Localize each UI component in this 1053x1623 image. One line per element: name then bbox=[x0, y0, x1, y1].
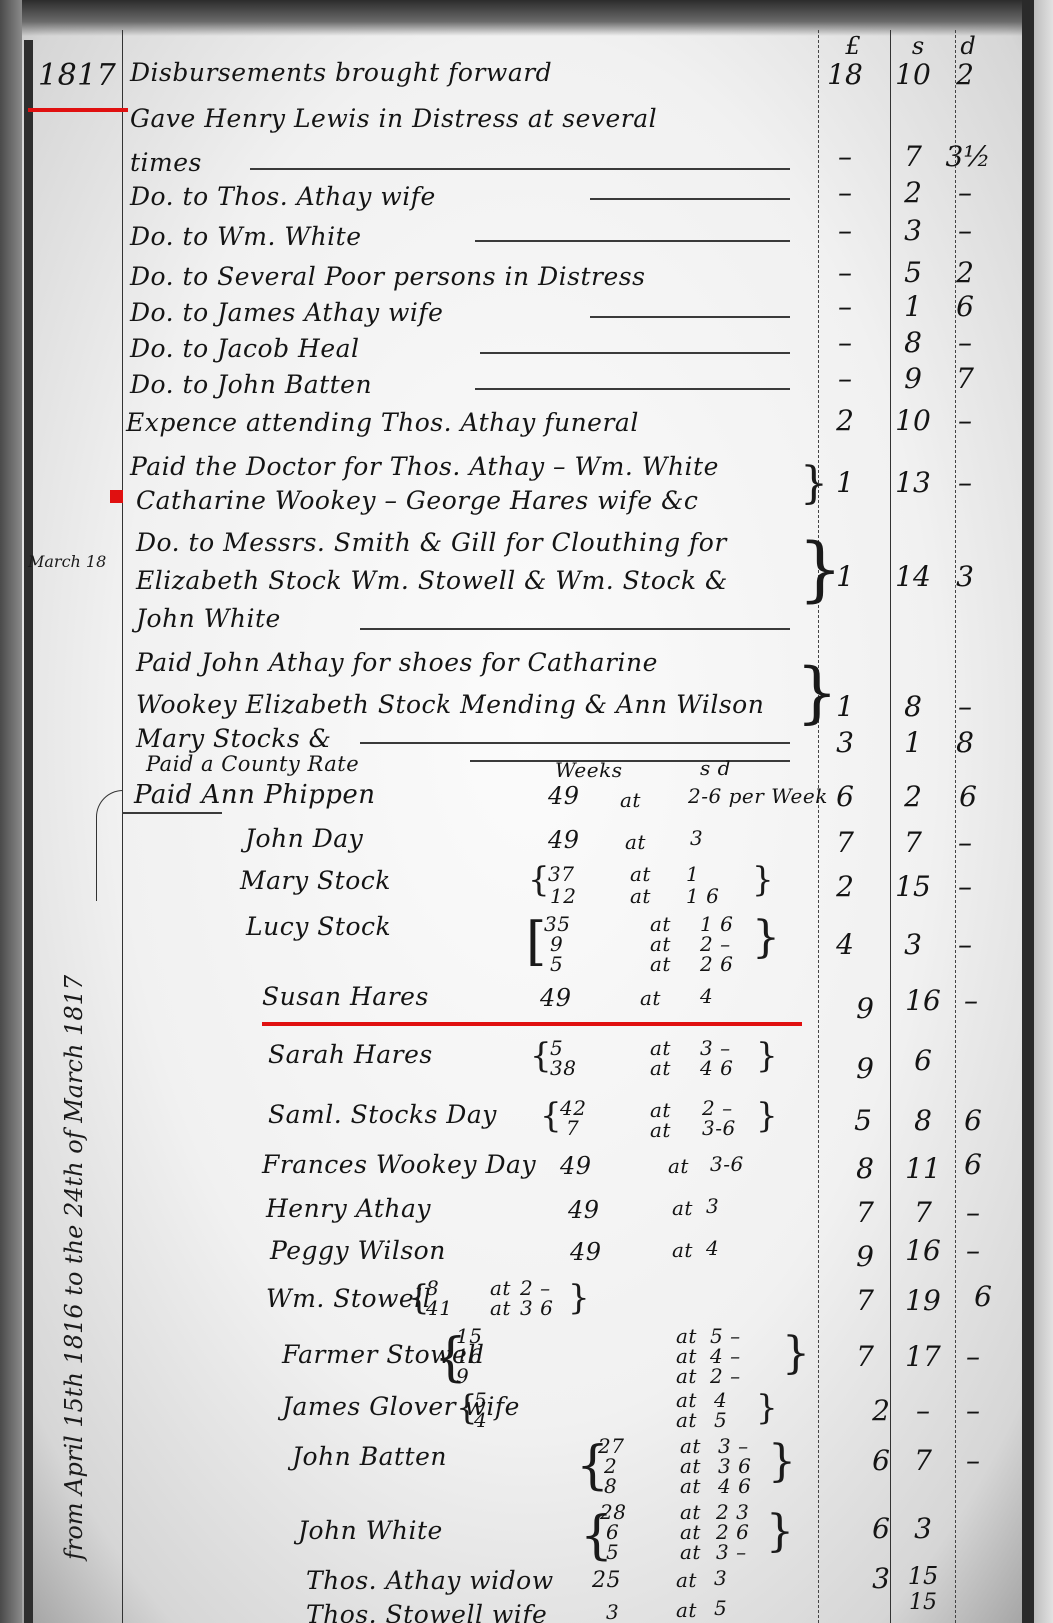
relief-shillings: 3 bbox=[890, 928, 936, 961]
entry-pounds: – bbox=[822, 214, 868, 247]
margin-date-note: March 18 bbox=[28, 552, 106, 571]
fill-dash bbox=[360, 628, 790, 630]
entry-pounds: – bbox=[822, 362, 868, 395]
pounds-column-rule bbox=[818, 30, 820, 1623]
entry-text: Mary Stocks & bbox=[136, 724, 331, 753]
relief-rate: 4 6 bbox=[700, 1056, 733, 1080]
entry-shillings: 5 bbox=[890, 256, 936, 289]
at-label: at bbox=[650, 952, 671, 976]
relief-pounds: 8 bbox=[842, 1152, 888, 1185]
relief-pounds: 2 bbox=[822, 870, 868, 903]
at-label: at bbox=[676, 1568, 697, 1592]
relief-rate: 3 bbox=[714, 1566, 727, 1590]
relief-weeks: 49 bbox=[540, 984, 572, 1012]
relief-pounds: 5 bbox=[840, 1104, 886, 1137]
relief-name: Henry Athay bbox=[266, 1194, 431, 1223]
fill-dash bbox=[360, 742, 790, 744]
entry-shillings: 1 bbox=[890, 290, 936, 323]
relief-name: Peggy Wilson bbox=[270, 1236, 446, 1265]
relief-weeks: 5 bbox=[606, 1540, 619, 1564]
relief-weeks: 12 bbox=[550, 884, 576, 908]
fill-dash bbox=[250, 168, 790, 170]
ledger-page: £ s d 1817 March 18 from April 15th 1816… bbox=[0, 0, 1053, 1623]
at-label: at bbox=[650, 1118, 671, 1142]
year-heading: 1817 bbox=[38, 58, 116, 93]
relief-pounds: 2 bbox=[858, 1394, 904, 1427]
brace: { bbox=[530, 1036, 552, 1076]
entry-pounds: – bbox=[822, 326, 868, 359]
entry-pence: – bbox=[942, 690, 988, 723]
entry-text: Paid the Doctor for Thos. Athay – Wm. Wh… bbox=[130, 452, 719, 481]
relief-weeks: 4 bbox=[474, 1408, 487, 1432]
fill-dash bbox=[470, 760, 790, 762]
relief-rate: 4 bbox=[700, 984, 713, 1008]
at-label: at bbox=[630, 884, 651, 908]
fill-dash bbox=[590, 316, 790, 318]
entry-text: John White bbox=[136, 604, 281, 633]
entry-pounds: – bbox=[822, 176, 868, 209]
relief-weeks: 49 bbox=[548, 782, 580, 810]
relief-pence: – bbox=[942, 928, 988, 961]
at-label: at bbox=[490, 1296, 511, 1320]
relief-pence: – bbox=[950, 1196, 996, 1229]
relief-rate: 1 bbox=[686, 862, 699, 886]
entry-text: Disbursements brought forward bbox=[130, 58, 552, 87]
entry-shillings: 2 bbox=[890, 176, 936, 209]
margin-period-note: from April 15th 1816 to the 24th of Marc… bbox=[60, 975, 88, 1560]
entry-text: times bbox=[130, 148, 202, 177]
brace: } bbox=[568, 1278, 590, 1318]
relief-name: Frances Wookey Day bbox=[262, 1150, 536, 1179]
entry-text: Gave Henry Lewis in Distress at several bbox=[130, 104, 657, 133]
weeks-header: Weeks bbox=[555, 758, 622, 782]
entry-text: Do. to Wm. White bbox=[130, 222, 362, 251]
relief-shillings: 19 bbox=[900, 1284, 946, 1317]
relief-rate: 3 bbox=[706, 1194, 719, 1218]
entry-text: Elizabeth Stock Wm. Stowell & Wm. Stock … bbox=[136, 566, 728, 595]
relief-pounds: 7 bbox=[822, 826, 868, 859]
relief-pounds: 4 bbox=[822, 928, 868, 961]
entry-pounds: – bbox=[822, 256, 868, 289]
entry-text: Do. to John Batten bbox=[130, 370, 372, 399]
page-left-border bbox=[24, 40, 33, 1623]
relief-pence: – bbox=[942, 826, 988, 859]
entry-shillings: 9 bbox=[890, 362, 936, 395]
entry-pence: – bbox=[942, 326, 988, 359]
relief-name: Thos. Athay widow bbox=[306, 1566, 554, 1595]
relief-weeks: 37 bbox=[548, 862, 574, 886]
relief-rate: 5 bbox=[714, 1408, 727, 1432]
entry-text: Do. to James Athay wife bbox=[130, 298, 443, 327]
entry-shillings: 7 bbox=[890, 140, 936, 173]
brace: } bbox=[766, 1506, 794, 1557]
entry-text: Do. to Jacob Heal bbox=[130, 334, 360, 363]
relief-shillings: 2 bbox=[890, 780, 936, 813]
relief-pence: 6 bbox=[945, 780, 991, 813]
entry-text: Expence attending Thos. Athay funeral bbox=[126, 408, 639, 437]
red-underline-year bbox=[28, 108, 128, 112]
relief-shillings: 3 bbox=[900, 1512, 946, 1545]
at-label: at bbox=[672, 1238, 693, 1262]
entry-pounds: 18 bbox=[822, 58, 868, 91]
relief-pounds: 7 bbox=[842, 1196, 888, 1229]
relief-pounds: 7 bbox=[842, 1284, 888, 1317]
fill-dash bbox=[590, 198, 790, 200]
relief-pence: 6 bbox=[960, 1280, 1006, 1313]
scan-left-edge bbox=[0, 0, 22, 1623]
relief-weeks: 5 bbox=[550, 952, 563, 976]
relief-weeks: 25 bbox=[592, 1568, 621, 1593]
entry-shillings: 8 bbox=[890, 326, 936, 359]
entry-pence: – bbox=[942, 214, 988, 247]
relief-pence: 6 bbox=[950, 1104, 996, 1137]
scan-top-shadow bbox=[0, 0, 1053, 36]
at-label: at bbox=[668, 1154, 689, 1178]
bracket-connector bbox=[122, 812, 222, 814]
relief-shillings: 8 bbox=[900, 1104, 946, 1137]
relief-weeks: 41 bbox=[426, 1296, 452, 1320]
relief-weeks: 3 bbox=[606, 1600, 619, 1623]
entry-pounds: 1 bbox=[822, 466, 868, 499]
red-underline-row bbox=[262, 1022, 802, 1026]
relief-name: Wm. Stowell bbox=[266, 1284, 431, 1313]
relief-name: Thos. Stowell wife bbox=[306, 1600, 547, 1623]
relief-pounds: 6 bbox=[858, 1512, 904, 1545]
relief-pence: – bbox=[948, 984, 994, 1017]
relief-rate: 2 6 bbox=[700, 952, 733, 976]
rate-header: s d bbox=[700, 756, 731, 780]
relief-pounds: 9 bbox=[842, 1240, 888, 1273]
relief-shillings: 16 bbox=[900, 1234, 946, 1267]
relief-shillings: 16 bbox=[900, 984, 946, 1017]
relief-rate: 3 – bbox=[716, 1540, 747, 1564]
at-label: at bbox=[625, 830, 646, 854]
margin-bracket bbox=[96, 790, 123, 901]
relief-pounds: 6 bbox=[822, 780, 868, 813]
relief-name: Mary Stock bbox=[240, 866, 391, 895]
at-label: at bbox=[676, 1364, 697, 1388]
entry-shillings: 3 bbox=[890, 214, 936, 247]
pence-header: d bbox=[945, 32, 991, 60]
relief-rate: 3-6 bbox=[702, 1116, 736, 1140]
entry-pounds: 1 bbox=[822, 690, 868, 723]
entry-text: Wookey Elizabeth Stock Mending & Ann Wil… bbox=[136, 690, 764, 719]
entry-shillings: 14 bbox=[890, 560, 936, 593]
pounds-header: £ bbox=[830, 32, 876, 60]
entry-text: Catharine Wookey – George Hares wife &c bbox=[136, 486, 698, 515]
entry-text: Do. to Messrs. Smith & Gill for Clouthin… bbox=[136, 528, 727, 557]
relief-weeks: 9 bbox=[456, 1364, 469, 1388]
relief-rate: 1 6 bbox=[686, 884, 719, 908]
entry-pounds: 1 bbox=[822, 560, 868, 593]
entry-shillings: 1 bbox=[890, 726, 936, 759]
relief-pence: – bbox=[950, 1394, 996, 1427]
entry-pence: – bbox=[942, 404, 988, 437]
entry-text: Paid John Athay for shoes for Catharine bbox=[136, 648, 658, 677]
relief-name: John Day bbox=[245, 824, 363, 853]
relief-rate: 5 bbox=[714, 1596, 727, 1620]
brace: { bbox=[528, 860, 550, 900]
fill-dash bbox=[475, 240, 790, 242]
relief-pounds: 7 bbox=[842, 1340, 888, 1373]
relief-name: Susan Hares bbox=[262, 982, 429, 1011]
relief-pence: – bbox=[950, 1340, 996, 1373]
entry-pence: 8 bbox=[942, 726, 988, 759]
relief-shillings: – bbox=[900, 1394, 946, 1427]
relief-weeks: 49 bbox=[568, 1196, 600, 1224]
relief-rate: 2 – bbox=[710, 1364, 741, 1388]
relief-pounds: 6 bbox=[858, 1444, 904, 1477]
brace: } bbox=[756, 1388, 778, 1428]
relief-weeks: 7 bbox=[566, 1116, 579, 1140]
relief-shillings: 11 bbox=[900, 1152, 946, 1185]
entry-pence: 2 bbox=[942, 256, 988, 289]
relief-shillings: 7 bbox=[890, 826, 936, 859]
entry-pounds: 2 bbox=[822, 404, 868, 437]
at-label: at bbox=[680, 1540, 701, 1564]
relief-name: Lucy Stock bbox=[246, 912, 391, 941]
relief-weeks: 49 bbox=[560, 1152, 592, 1180]
relief-weeks: 49 bbox=[570, 1238, 602, 1266]
at-label: at bbox=[640, 986, 661, 1010]
fill-dash bbox=[475, 388, 790, 390]
relief-name: John White bbox=[298, 1516, 443, 1545]
at-label: at bbox=[620, 788, 641, 812]
relief-weeks: 8 bbox=[604, 1474, 617, 1498]
entry-text: Do. to Several Poor persons in Distress bbox=[130, 262, 645, 291]
scan-right-margin bbox=[1034, 0, 1053, 1623]
entry-pence: 3½ bbox=[945, 140, 991, 173]
relief-rate: 2-6 per Week bbox=[688, 784, 828, 808]
relief-shillings: 15 bbox=[890, 870, 936, 903]
entry-pence: – bbox=[942, 466, 988, 499]
relief-rate: 3 bbox=[690, 826, 703, 850]
entry-shillings: 10 bbox=[890, 58, 936, 91]
relief-shillings: 17 bbox=[900, 1340, 946, 1373]
brace: { bbox=[540, 1096, 562, 1136]
entry-shillings: 10 bbox=[890, 404, 936, 437]
at-label: at bbox=[630, 862, 651, 886]
relief-pence: 6 bbox=[950, 1148, 996, 1181]
entry-pounds: – bbox=[822, 290, 868, 323]
relief-name: Saml. Stocks Day bbox=[268, 1100, 497, 1129]
relief-shillings: 15 bbox=[900, 1562, 946, 1590]
relief-pence: – bbox=[950, 1444, 996, 1477]
relief-shillings: 7 bbox=[900, 1444, 946, 1477]
at-label: at bbox=[650, 1056, 671, 1080]
relief-name: John Batten bbox=[292, 1442, 447, 1471]
at-label: at bbox=[676, 1598, 697, 1622]
brace: } bbox=[756, 1036, 778, 1076]
brace: } bbox=[768, 1436, 796, 1487]
entry-pounds: 3 bbox=[822, 726, 868, 759]
fill-dash bbox=[480, 352, 790, 354]
relief-shillings: 15 bbox=[900, 1590, 946, 1615]
relief-name: Paid Ann Phippen bbox=[134, 780, 376, 810]
entry-pounds: – bbox=[822, 140, 868, 173]
relief-name: Sarah Hares bbox=[268, 1040, 433, 1069]
relief-weeks: 49 bbox=[548, 826, 580, 854]
at-label: at bbox=[676, 1408, 697, 1432]
red-square-marker bbox=[110, 490, 123, 503]
relief-rate: 4 6 bbox=[718, 1474, 751, 1498]
shillings-header: s bbox=[895, 32, 941, 60]
entry-shillings: 8 bbox=[890, 690, 936, 723]
relief-rate: 4 bbox=[706, 1236, 719, 1260]
relief-pounds: 3 bbox=[858, 1562, 904, 1595]
relief-weeks: 38 bbox=[550, 1056, 576, 1080]
brace: } bbox=[756, 1096, 778, 1136]
relief-pence: – bbox=[942, 870, 988, 903]
relief-rate: 3-6 bbox=[710, 1152, 744, 1176]
at-label: at bbox=[680, 1474, 701, 1498]
relief-rate: 3 6 bbox=[520, 1296, 553, 1320]
at-label: at bbox=[672, 1196, 693, 1220]
entry-pence: 6 bbox=[942, 290, 988, 323]
entry-text: Paid a County Rate bbox=[146, 752, 359, 776]
entry-pence: 3 bbox=[942, 560, 988, 593]
relief-pounds: 9 bbox=[842, 1052, 888, 1085]
entry-text: Do. to Thos. Athay wife bbox=[130, 182, 436, 211]
relief-pence: – bbox=[950, 1234, 996, 1267]
entry-pence: 2 bbox=[942, 58, 988, 91]
relief-shillings: 6 bbox=[900, 1044, 946, 1077]
relief-shillings: 7 bbox=[900, 1196, 946, 1229]
entry-pence: 7 bbox=[942, 362, 988, 395]
entry-shillings: 13 bbox=[890, 466, 936, 499]
brace: } bbox=[782, 1328, 810, 1379]
brace: } bbox=[752, 912, 780, 963]
brace: } bbox=[752, 860, 774, 900]
relief-pounds: 9 bbox=[842, 992, 888, 1025]
page-right-border bbox=[1022, 0, 1034, 1623]
entry-pence: – bbox=[942, 176, 988, 209]
